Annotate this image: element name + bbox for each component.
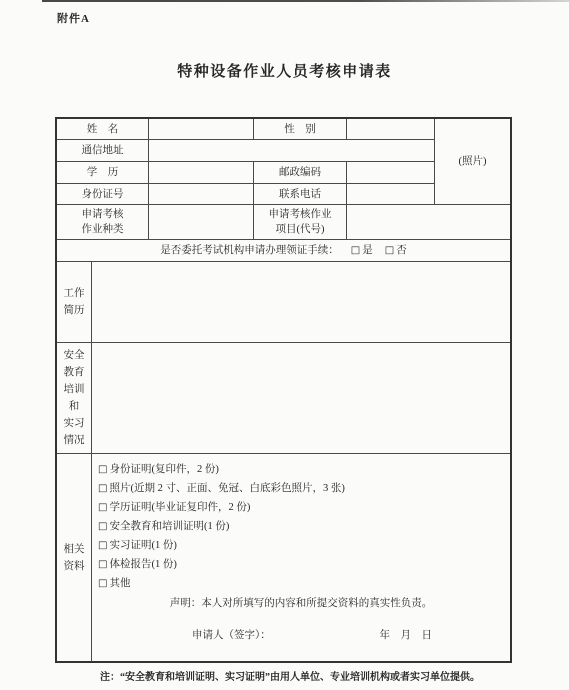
- work-type-value-cell: [149, 205, 254, 240]
- entrust-no-option: □ 否: [385, 243, 407, 258]
- address-label: 通信地址: [57, 140, 149, 162]
- education-label: 学 历: [57, 162, 149, 184]
- attachment-label: 附件A: [57, 10, 90, 26]
- checkbox-yes-label: 是: [362, 243, 373, 258]
- material-item: □ 其他: [98, 574, 506, 593]
- material-item: □ 体检报告(1 份): [98, 555, 506, 574]
- name-value-cell: [149, 119, 254, 140]
- work-history-section-label: 工作 简历: [57, 262, 92, 343]
- name-label: 姓 名: [57, 119, 149, 140]
- signature-row: 申请人（签字）： 年 月 日: [92, 627, 510, 642]
- education-value-cell: [149, 162, 254, 184]
- checkbox-icon: □: [98, 479, 107, 498]
- checkbox-icon: □: [98, 536, 107, 555]
- safety-training-section-label: 安全 教育 培训 和 实习 情况: [57, 343, 92, 454]
- footnote: 注：“安全教育和培训证明、实习证明”由用人单位、专业培训机构或者实习单位提供。: [100, 668, 480, 683]
- form-title: 特种设备作业人员考核申请表: [0, 60, 569, 81]
- materials-section-label: 相关 资料: [57, 454, 92, 661]
- postal-code-value-cell: [347, 162, 435, 184]
- id-number-value-cell: [149, 184, 254, 205]
- application-form-table: 姓 名 性 别 (照片) 通信地址 学 历 邮政编码 身份证号 联系电话 申请考…: [55, 117, 512, 663]
- material-item: □ 安全教育和培训证明(1 份): [98, 517, 506, 536]
- checkbox-no-icon: □: [385, 243, 394, 258]
- checkbox-icon: □: [98, 574, 107, 593]
- project-code-label: 申请考核作业 项目(代号): [254, 205, 347, 240]
- photo-cell: (照片): [435, 119, 510, 205]
- work-type-label: 申请考核 作业种类: [57, 205, 149, 240]
- material-item: □ 照片(近期 2 寸、正面、免冠、白底彩色照片，3 张): [98, 479, 506, 498]
- checkbox-icon: □: [98, 555, 107, 574]
- phone-value-cell: [347, 184, 435, 205]
- entrust-question: 是否委托考试机构申请办理领证手续：: [160, 243, 339, 258]
- phone-label: 联系电话: [254, 184, 347, 205]
- address-value-cell: [149, 140, 435, 162]
- checkbox-yes-icon: □: [351, 243, 360, 258]
- material-item-label: 安全教育和培训证明(1 份): [109, 517, 229, 536]
- material-item-label: 实习证明(1 份): [109, 536, 176, 555]
- materials-area: □ 身份证明(复印件，2 份) □ 照片(近期 2 寸、正面、免冠、白底彩色照片…: [92, 454, 510, 661]
- work-history-area: [92, 262, 510, 343]
- checkbox-icon: □: [98, 498, 107, 517]
- entrust-yes-option: □ 是: [351, 243, 373, 258]
- safety-training-area: [92, 343, 510, 454]
- material-item: □ 身份证明(复印件，2 份): [98, 460, 506, 479]
- gender-value-cell: [347, 119, 435, 140]
- material-item-label: 体检报告(1 份): [109, 555, 176, 574]
- declaration-text: 声明：本人对所填写的内容和所提交资料的真实性负责。: [92, 595, 510, 610]
- material-item-label: 照片(近期 2 寸、正面、免冠、白底彩色照片，3 张): [109, 479, 344, 498]
- material-item-label: 其他: [109, 574, 130, 593]
- project-code-value-cell: [347, 205, 510, 240]
- checkbox-icon: □: [98, 517, 107, 536]
- entrust-row: 是否委托考试机构申请办理领证手续： □ 是 □ 否: [57, 240, 510, 262]
- checkbox-no-label: 否: [396, 243, 407, 258]
- checkbox-icon: □: [98, 460, 107, 479]
- material-item-label: 学历证明(毕业证复印件，2 份): [109, 498, 250, 517]
- scanned-form-page: 附件A 特种设备作业人员考核申请表 姓 名 性 别 (照片) 通信地址 学 历 …: [0, 0, 569, 690]
- signature-label: 申请人（签字）：: [192, 627, 271, 642]
- material-item-label: 身份证明(复印件，2 份): [109, 460, 218, 479]
- scan-edge-artifact: [42, 0, 569, 2]
- date-placeholder: 年 月 日: [380, 627, 433, 642]
- postal-code-label: 邮政编码: [254, 162, 347, 184]
- gender-label: 性 别: [254, 119, 347, 140]
- material-item: □ 学历证明(毕业证复印件，2 份): [98, 498, 506, 517]
- id-number-label: 身份证号: [57, 184, 149, 205]
- material-item: □ 实习证明(1 份): [98, 536, 506, 555]
